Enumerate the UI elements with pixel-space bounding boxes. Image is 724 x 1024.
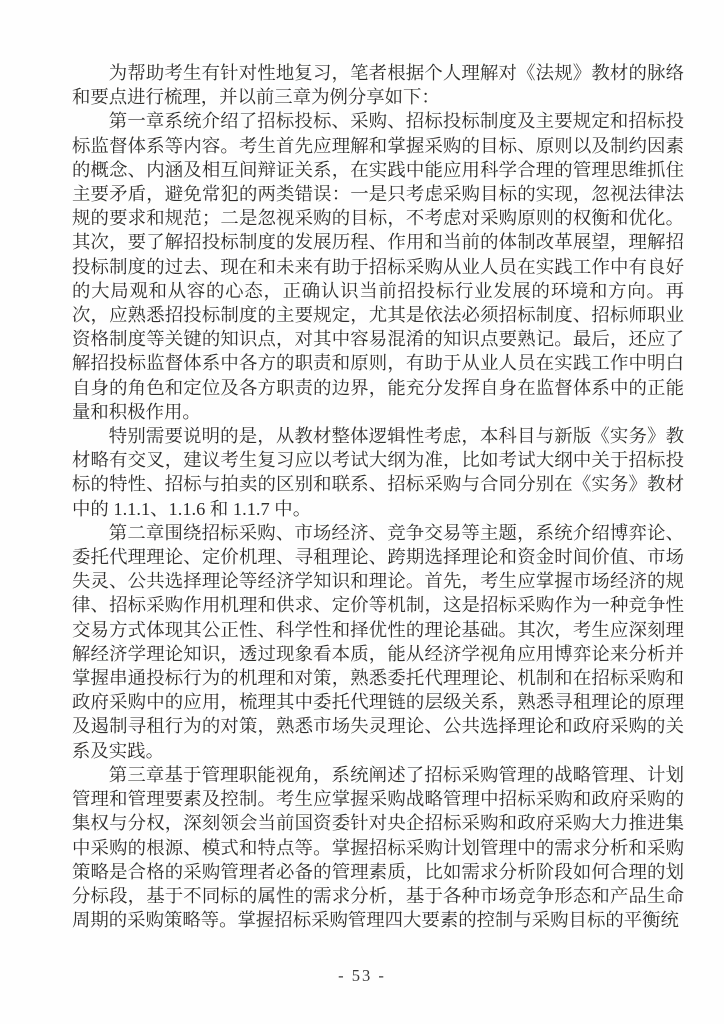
paragraph-intro: 为帮助考生有针对性地复习，笔者根据个人理解对《法规》教材的脉络和要点进行梳理，并… — [72, 61, 684, 109]
paragraph-chapter-2: 第二章围绕招标采购、市场经济、竞争交易等主题，系统介绍博弈论、委托代理理论、定价… — [72, 521, 684, 763]
paragraph-chapter-1: 第一章系统介绍了招标投标、采购、招标投标制度及主要规定和招标投标监督体系等内容。… — [72, 109, 684, 424]
page-number: - 53 - — [0, 966, 724, 986]
paragraph-note: 特别需要说明的是，从教材整体逻辑性考虑，本科目与新版《实务》教材略有交叉，建议考… — [72, 424, 684, 521]
document-page: 为帮助考生有针对性地复习，笔者根据个人理解对《法规》教材的脉络和要点进行梳理，并… — [0, 0, 724, 1024]
body-text: 为帮助考生有针对性地复习，笔者根据个人理解对《法规》教材的脉络和要点进行梳理，并… — [72, 61, 684, 932]
paragraph-chapter-3: 第三章基于管理职能视角，系统阐述了招标采购管理的战略管理、计划管理和管理要素及控… — [72, 763, 684, 932]
